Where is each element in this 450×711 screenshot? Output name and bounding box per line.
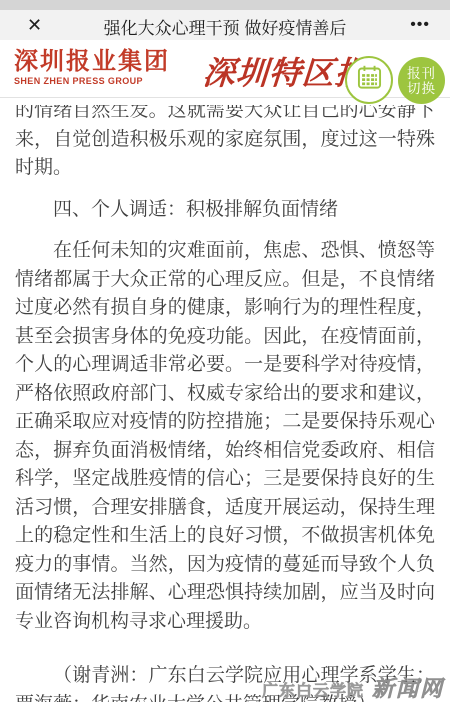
calendar-icon <box>356 64 383 96</box>
newspaper-header: 深圳报业集团 SHEN ZHEN PRESS GROUP 深圳特区报 报 <box>0 40 450 98</box>
press-group-name-cn: 深圳报业集团 <box>14 49 170 75</box>
wechat-titlebar: ✕ 强化大众心理干预 做好疫情善后 ••• <box>0 10 450 40</box>
calendar-button[interactable] <box>345 56 393 104</box>
close-icon[interactable]: ✕ <box>27 13 42 37</box>
newspaper-masthead: 深圳特区报 <box>201 48 369 94</box>
title-fade-overlay <box>348 10 388 40</box>
paper-switch-label-line1: 报刊 <box>407 66 436 81</box>
article-content: 的情绪自然生发。这就需要大众让自己的心安静下来，自觉创造积极乐观的家庭氛围，度过… <box>0 105 450 702</box>
paper-switch-button[interactable]: 报刊 切换 <box>398 57 445 104</box>
paragraph-continuation: 的情绪自然生发。这就需要大众让自己的心安静下来，自觉创造积极乐观的家庭氛围，度过… <box>15 105 435 183</box>
page-title: 强化大众心理干预 做好疫情善后 <box>70 14 380 39</box>
press-group-name-en: SHEN ZHEN PRESS GROUP <box>14 76 170 86</box>
paragraph-main: 在任何未知的灾难面前，焦虑、恐惧、愤怒等情绪都属于大众正常的心理反应。但是，不良… <box>15 237 435 636</box>
press-group-logo: 深圳报业集团 SHEN ZHEN PRESS GROUP <box>14 49 170 86</box>
section-heading: 四、个人调适：积极排解负面情绪 <box>15 196 435 225</box>
paragraph-credits: （谢青洲：广东白云学院应用心理学系学生；贾海薇：华南农业大学公共管理学院教授） <box>15 662 435 702</box>
paper-switch-label-line2: 切换 <box>407 81 436 96</box>
more-menu-icon[interactable]: ••• <box>410 11 430 39</box>
status-bar-strip <box>0 0 450 10</box>
page: ✕ 强化大众心理干预 做好疫情善后 ••• 深圳报业集团 SHEN ZHEN P… <box>0 0 450 711</box>
